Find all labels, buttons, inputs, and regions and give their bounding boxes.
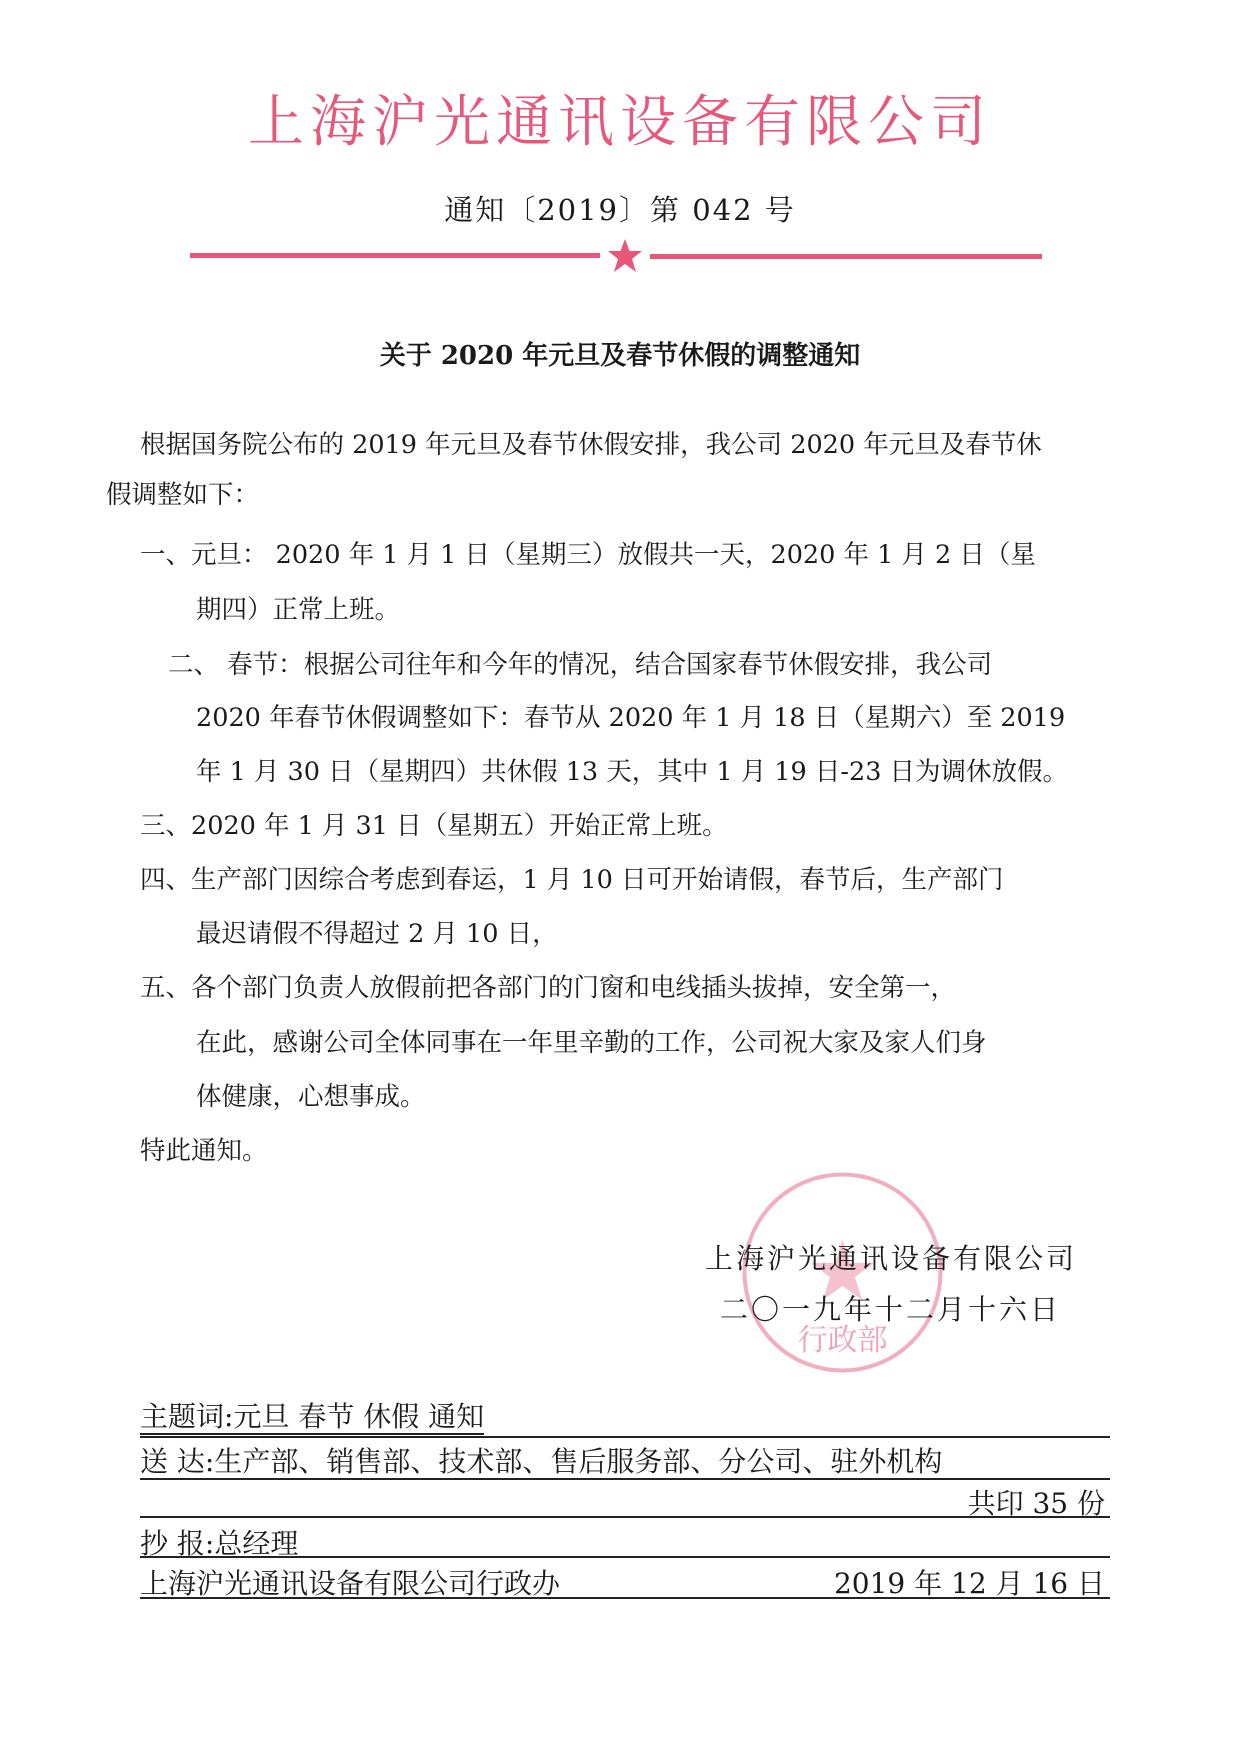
send-label: 送 达:	[140, 1445, 214, 1478]
item-1-line: 期四）正常上班。	[196, 590, 400, 626]
closing-text: 特此通知。	[140, 1131, 268, 1167]
issue-date: 2019 年 12 月 16 日	[834, 1562, 1105, 1602]
item-5-line: 五、各个部门负责人放假前把各部门的门窗和电线插头拔掉，安全第一，	[140, 968, 956, 1004]
company-letterhead: 上海沪光通讯设备有限公司	[0, 78, 1240, 158]
notice-title: 关于 2020 年元旦及春节休假的调整通知	[0, 335, 1240, 372]
header-divider-left	[190, 253, 600, 258]
item-2-line: 2020 年春节休假调整如下：春节从 2020 年 1 月 18 日（星期六）至…	[196, 698, 1065, 734]
footer-divider	[140, 1556, 1110, 1558]
intro-line: 假调整如下：	[106, 475, 259, 511]
item-2-line: 年 1 月 30 日（星期四）共休假 13 天，其中 1 月 19 日-23 日…	[196, 752, 1068, 788]
issuer: 上海沪光通讯设备有限公司行政办	[140, 1562, 560, 1602]
intro-line: 根据国务院公布的 2019 年元旦及春节休假安排，我公司 2020 年元旦及春节…	[140, 425, 1042, 461]
document-number: 通知〔2019〕第 042 号	[0, 188, 1240, 229]
svg-text:行政部: 行政部	[798, 1323, 888, 1358]
item-4-line: 四、生产部门因综合考虑到春运，1 月 10 日可开始请假，春节后，生产部门	[140, 860, 1004, 896]
item-3-line: 三、2020 年 1 月 31 日（星期五）开始正常上班。	[140, 806, 728, 842]
signature-date: 二〇一九年十二月十六日	[720, 1288, 1061, 1328]
signature-company: 上海沪光通讯设备有限公司	[705, 1237, 1077, 1277]
item-4-line: 最迟请假不得超过 2 月 10 日，	[196, 914, 558, 950]
footer-divider	[140, 1478, 1110, 1480]
item-2-line: 二、 春节：根据公司往年和今年的情况，结合国家春节休假安排，我公司	[168, 645, 992, 681]
footer-divider	[140, 1436, 1110, 1438]
item-1-line: 一、元旦： 2020 年 1 月 1 日（星期三）放假共一天，2020 年 1 …	[140, 535, 1036, 571]
item-5-line: 体健康，心想事成。	[196, 1077, 426, 1113]
send-to-value: 生产部、销售部、技术部、售后服务部、分公司、驻外机构	[214, 1445, 942, 1478]
item-5-line: 在此，感谢公司全体同事在一年里辛勤的工作，公司祝大家及家人们身	[196, 1023, 987, 1059]
keywords-value: 元旦 春节 休假 通知	[233, 1400, 484, 1435]
keywords-label: 主题词:	[140, 1400, 233, 1435]
footer-divider	[140, 1516, 1110, 1518]
header-divider-right	[650, 254, 1042, 259]
star-icon	[605, 236, 645, 276]
footer-divider	[140, 1597, 1110, 1599]
keywords-row: 主题词:元旦 春节 休假 通知	[140, 1395, 484, 1435]
send-row: 送 达:生产部、销售部、技术部、售后服务部、分公司、驻外机构	[140, 1440, 942, 1480]
